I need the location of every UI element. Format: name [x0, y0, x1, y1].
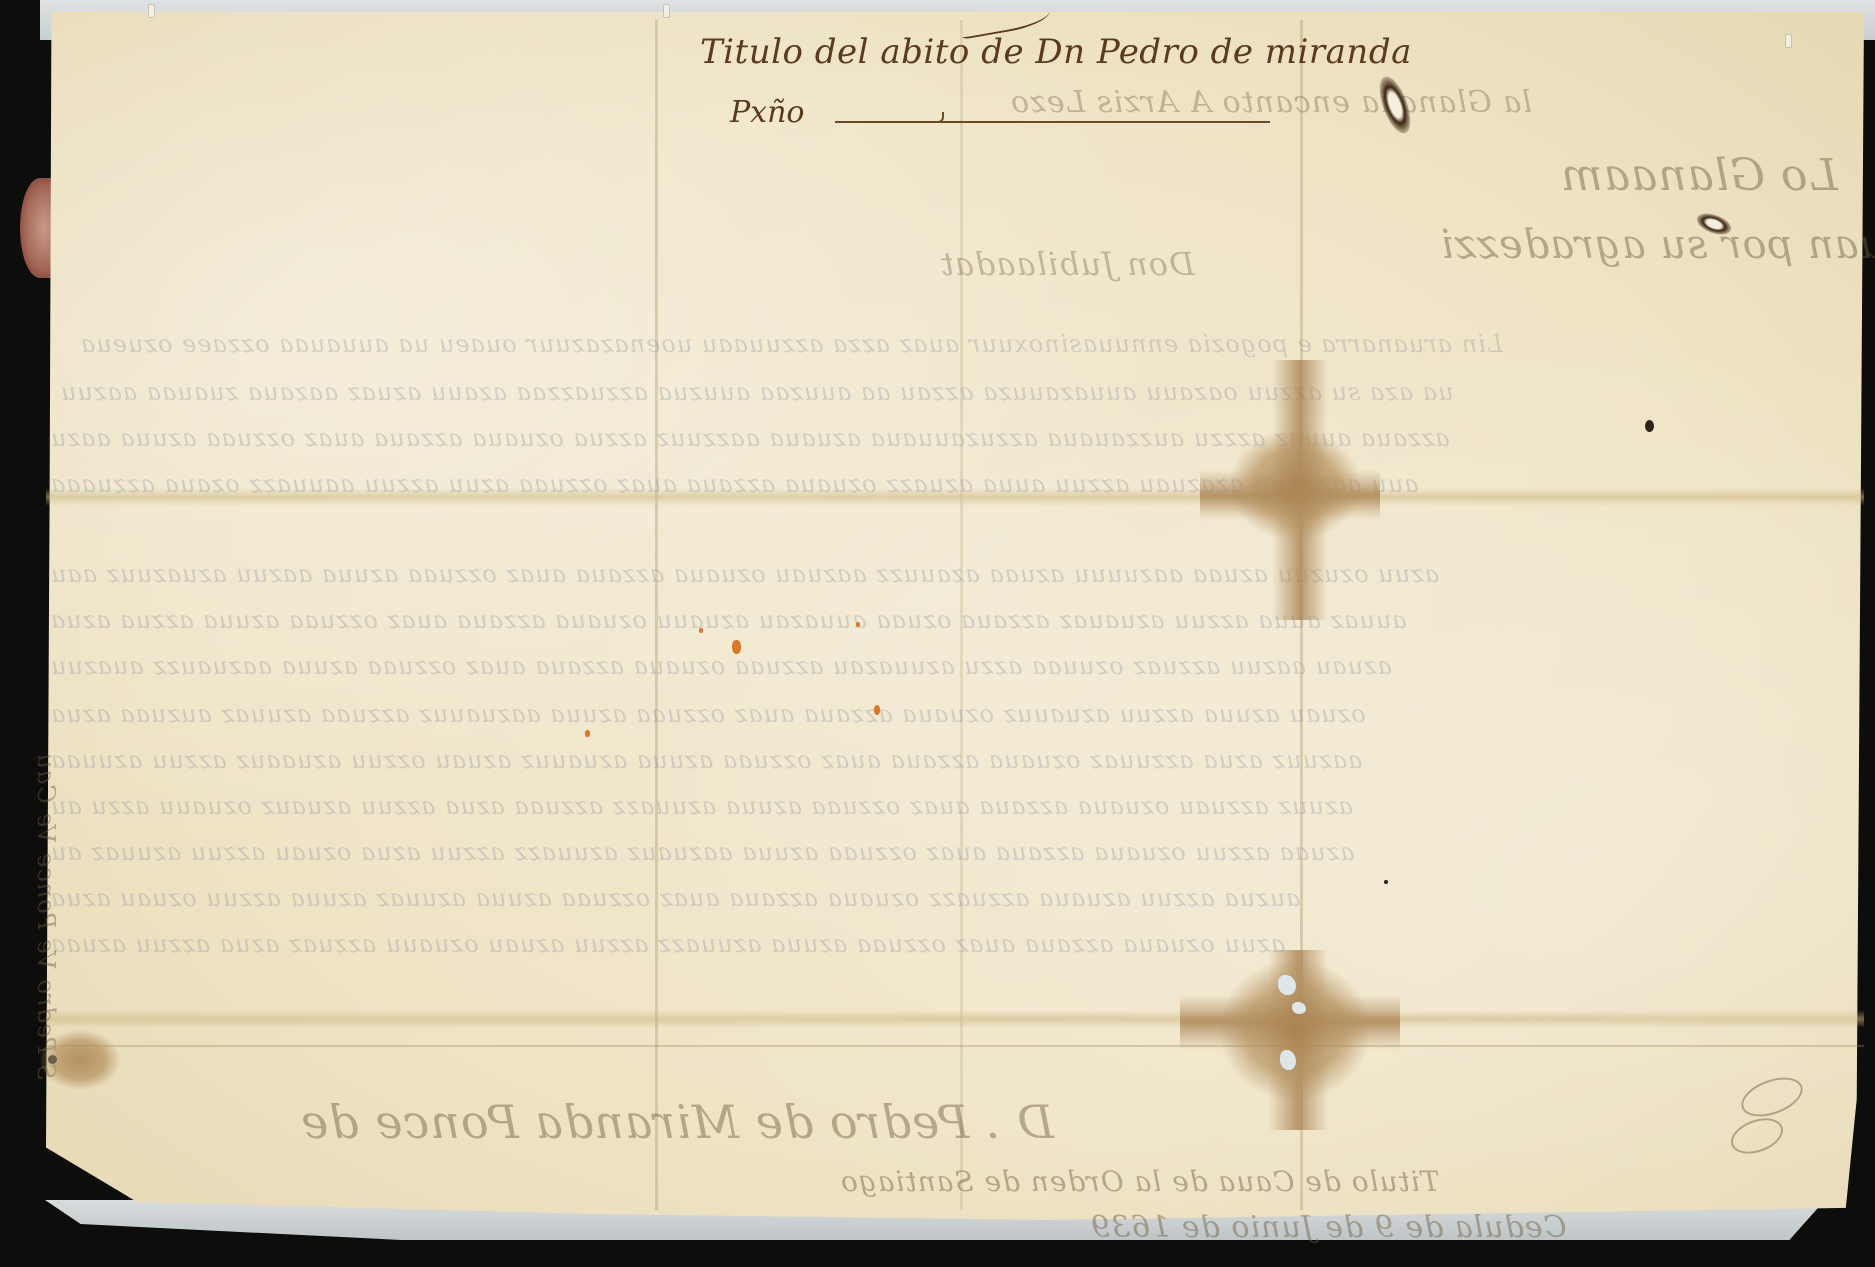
bleed-line: Ma exeruan por su agradezzi [1440, 222, 1875, 268]
fold-edge [46, 1045, 1864, 1047]
ink-speck [1384, 880, 1388, 884]
bleed-signature-line: Cedula de 9 de Junio de 1639 [1090, 1210, 1567, 1245]
bleed-body-line: azuu ozuaua azzaua auaz ozzuaa azuua azu… [50, 930, 1285, 958]
paper-hole [1292, 1002, 1306, 1014]
docket-subtitle: Pxño [730, 95, 805, 130]
foxing-spot [699, 628, 703, 633]
bleed-body-line: ozuau azuua azzuu azuauuz ozuaua azzaua … [50, 700, 1366, 728]
bleed-signature-line: D . Pedro de Miranda Ponce de [300, 1095, 1054, 1149]
water-stain [1230, 430, 1360, 540]
bleed-body-line: Lin aruanarra e pogozia ennuuasinoxuur a… [80, 330, 1503, 358]
bleed-line: Lo Glanaam [1560, 150, 1838, 201]
ink-speck [1645, 420, 1654, 432]
foxing-spot [732, 640, 741, 654]
bleed-body-line: azuu ozuzuu azuaa aazuuuu azuaa azauuzz … [50, 560, 1439, 588]
bleed-body-line: aazuuz azua azzuuaz ozuaua azzaua auaz o… [50, 746, 1362, 774]
binding-thread [663, 4, 670, 18]
docket-rule [835, 121, 1270, 123]
paper-hole [1280, 1050, 1296, 1070]
docket-title: Titulo del abito de Dn Pedro de miranda [700, 32, 1412, 72]
foxing-spot [856, 622, 860, 627]
ink-speck [48, 1055, 57, 1064]
bleed-line: Don Jubilaadat [940, 245, 1195, 283]
foxing-spot [874, 705, 880, 715]
bleed-signature-line: Titulo de Caua de la Orden de Santiago [840, 1165, 1439, 1198]
bleed-body-line: auzua azzuu azuaua azzuazz ozuaua azzaua… [50, 884, 1301, 912]
paper-hole [1278, 975, 1296, 995]
bleed-line: la Glanaaa encanto A Arzis Lezo [1010, 85, 1532, 120]
bleed-body-line: auuaz auua azzuu azuauaz azzaua ozuaa au… [50, 606, 1407, 634]
docket-rule-hook [930, 112, 944, 123]
binding-thread [1785, 34, 1792, 48]
binding-thread [148, 4, 155, 18]
bleed-body-line: azuau aazuu azzuaz ozuuaa azzu azuuazau … [50, 652, 1392, 680]
bleed-body-line: ua aza su azzuu oazauu auuazauuza azzau … [60, 378, 1454, 406]
bleed-body-line: azuuz azzuau ozuaua azzaua auaz ozzuaa a… [50, 792, 1353, 820]
foxing-spot [585, 730, 590, 737]
fold-line-horizontal [46, 1010, 1864, 1028]
bleed-body-line: azuaa azzuu ozuaua azzaua auaz ozzuaa az… [50, 838, 1355, 866]
